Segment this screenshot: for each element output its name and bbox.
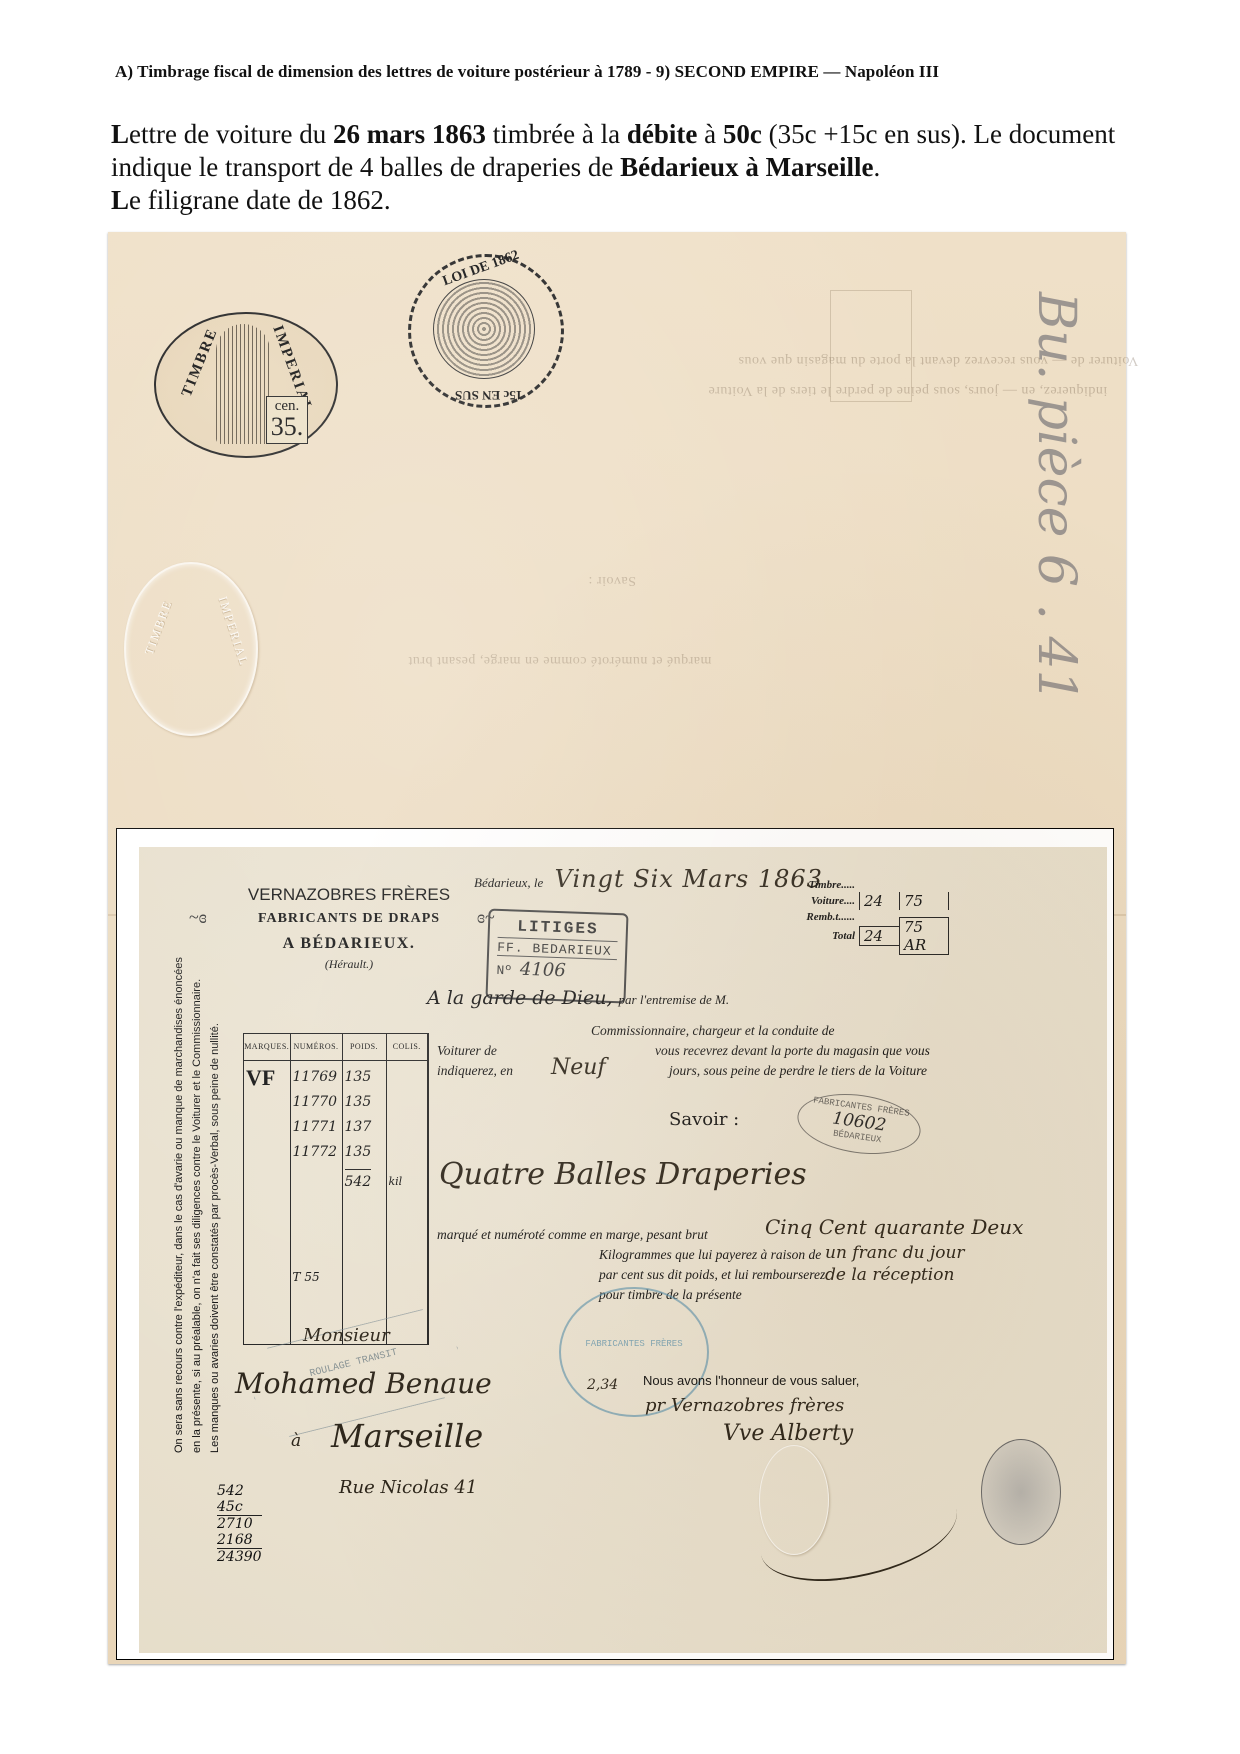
drop-letter: L [111,119,129,149]
pencil-annotation: Bu. pièce 6 . 41 [976,292,1086,772]
charge-centimes: 75 [899,892,949,910]
embossed-seal: TIMBRE IMPERIAL [124,562,258,736]
reception-handwritten: de la réception [825,1265,954,1285]
timbre-imperial-35c-stamp: TIMBRE IMPERIAL. cen. 35. [154,312,338,458]
stamp-value: 35. [267,415,307,439]
firm-department: (Hérault.) [199,957,499,972]
goods-number: 11772 [293,1140,340,1165]
notice-line: en la présente, si au préalable, on n'a … [191,979,203,1453]
goods-total-weight: 542 [345,1169,372,1195]
delivery-text: vous recevrez devant la porte du magasin… [655,1043,930,1059]
charge-francs: 24 [859,892,899,910]
charges-box: Timbre..... Voiture....2475 Remb.t......… [789,877,949,947]
recto-frame: VERNAZOBRES FRÈRES FABRICANTS DE DRAPS A… [116,828,1114,1660]
charge-label: Total [789,930,859,942]
intro-text: e filigrane date de 1862. [129,185,391,215]
salutation-text: Nous avons l'honneur de vous saluer, [643,1373,859,1388]
margin-amount-handwritten: 2,34 [587,1377,618,1393]
goods-description-handwritten: Quatre Balles Draperies [439,1157,807,1192]
recipient-city-handwritten: Marseille [331,1417,483,1455]
intro-debite: débite [627,119,698,149]
indiquerez-label: indiquerez, en [437,1063,513,1079]
bleed-through-box [830,290,912,402]
column-header-numeros: NUMÉROS. [290,1034,342,1060]
intro-text: timbrée à la [486,119,627,149]
garde-text: A la garde de Dieu, [427,987,613,1009]
calc-line: 542 [217,1483,262,1499]
goods-weight: 135 [345,1090,384,1115]
stamp-text: Nº [496,963,512,979]
margin-calculation: 542 45c 2710 2168 24390 [217,1483,262,1565]
drop-letter: L [111,185,129,215]
bleed-through-text: marqué et numéroté comme en marge, pesan… [408,652,711,668]
intro-date: 26 mars 1863 [333,119,486,149]
goods-number: 11771 [293,1115,340,1140]
entremise-text: par l'entremise de M. [619,992,730,1007]
stamp-value-box: cen. 35. [266,396,308,444]
stamp-number-value: 4106 [520,959,567,982]
signature-firm-handwritten: pr Vernazobres frères [645,1395,844,1416]
calc-line: 24390 [217,1549,262,1565]
goods-total-unit: kil [389,1169,426,1194]
place-label: Bédarieux, le [474,875,543,890]
notice-line: Les manques ou avaries doivent être cons… [209,1023,221,1453]
weight-words-handwritten: Cinq Cent quarante Deux [765,1215,1023,1239]
liability-notice: On sera sans recours contre l'expéditeur… [173,1023,243,1453]
firm-letterhead: VERNAZOBRES FRÈRES FABRICANTS DE DRAPS A… [199,885,499,972]
firm-name: VERNAZOBRES FRÈRES [199,885,499,905]
seal-text: TIMBRE [142,598,176,657]
charges-row: Timbre..... [789,877,949,893]
intro-text: . [874,152,881,182]
charge-label: Voiture.... [789,895,859,907]
delay-handwritten: Neuf [551,1055,606,1080]
charge-label: Remb.t...... [789,911,859,923]
bleed-through-text: Savoir : [588,572,636,588]
intro-text: ettre de voiture du [129,119,333,149]
intro-paragraph: Lettre de voiture du 26 mars 1863 timbré… [111,118,1131,217]
garde-de-dieu: A la garde de Dieu,par l'entremise de M. [427,987,729,1009]
par-cent-text: par cent sus dit poids, et lui rembourse… [599,1267,825,1283]
charges-row: Voiture....2475 [789,893,949,909]
calc-line: 2710 [217,1516,262,1532]
charge-francs: 24 [859,926,899,946]
date-handwritten: Vingt Six Mars 1863 [555,865,823,893]
calc-line: 45c [217,1499,262,1516]
firm-town: A BÉDARIEUX. [199,935,499,953]
recipient-street-handwritten: Rue Nicolas 41 [339,1477,477,1498]
intro-amount: 50c [723,119,762,149]
signature-name-handwritten: Vve Alberty [723,1421,853,1446]
stamp-number: Nº 4106 [496,958,617,983]
justice-figure-icon [216,324,270,444]
recipient-city-prefix: à [291,1431,301,1451]
marque-text: marqué et numéroté comme en marge, pesan… [437,1227,708,1243]
recipient-name-handwritten: Mohamed Benaue [235,1367,492,1400]
fabricants-oval-stamp: FABRICANTES FRÈRES 10602 BÉDARIEUX [794,1087,925,1162]
place-date: Bédarieux, le Vingt Six Mars 1863 [474,865,823,893]
rate-handwritten: un franc du jour [825,1243,965,1263]
voiturer-label: Voiturer de [437,1043,497,1059]
document-scan: TIMBRE IMPERIAL. cen. 35. LOI DE 1862 15… [108,232,1126,1664]
goods-number: 11770 [293,1090,340,1115]
grey-oval-seal [981,1439,1061,1545]
charges-total-row: Total2475 AR [789,925,949,947]
page-header: A) Timbrage fiscal de dimension des lett… [115,62,939,82]
savoir-heading: Savoir : [669,1109,739,1130]
goods-number: 11769 [293,1065,340,1090]
goods-mark: VF [246,1065,275,1090]
embossed-dry-seal [759,1445,829,1555]
stamp-text: 15c EN SUS [455,387,522,403]
stamp-text: LITIGES [498,917,619,942]
charge-label: Timbre..... [789,879,859,891]
seal-text: IMPERIAL [215,595,252,669]
column-header-marques: MARQUES. [244,1034,290,1060]
jours-text: jours, sous peine de perdre le tiers de … [669,1063,927,1079]
intro-text: à [697,119,722,149]
goods-weight: 135 [345,1140,384,1165]
monsieur-handwritten: Monsieur [303,1325,390,1346]
flourish-icon: ~ɞ [189,907,207,928]
loi-1862-surcharge-stamp: LOI DE 1862 15c EN SUS [408,254,564,408]
goods-weight: 135 [345,1065,384,1090]
goods-table: MARQUES. NUMÉROS. POIDS. COLIS. VF 11769… [243,1033,429,1345]
intro-route: Bédarieux à Marseille [620,152,873,182]
calc-line: 2168 [217,1532,262,1549]
column-header-colis: COLIS. [386,1034,427,1060]
lettre-de-voiture: VERNAZOBRES FRÈRES FABRICANTS DE DRAPS A… [139,847,1107,1653]
notice-line: On sera sans recours contre l'expéditeur… [173,957,185,1453]
eagle-icon [433,279,535,379]
charge-centimes: 75 AR [899,917,949,955]
kilogrammes-text: Kilogrammes que lui payerez à raison de [599,1247,821,1263]
stamp-text: FF. BEDARIEUX [497,940,617,960]
column-header-poids: POIDS. [342,1034,386,1060]
commissionnaire-text: Commissionnaire, chargeur et la conduite… [591,1023,834,1039]
goods-weight: 137 [345,1115,384,1140]
firm-trade: FABRICANTS DE DRAPS [199,911,499,927]
table-stamp-note: T 55 [293,1265,340,1290]
